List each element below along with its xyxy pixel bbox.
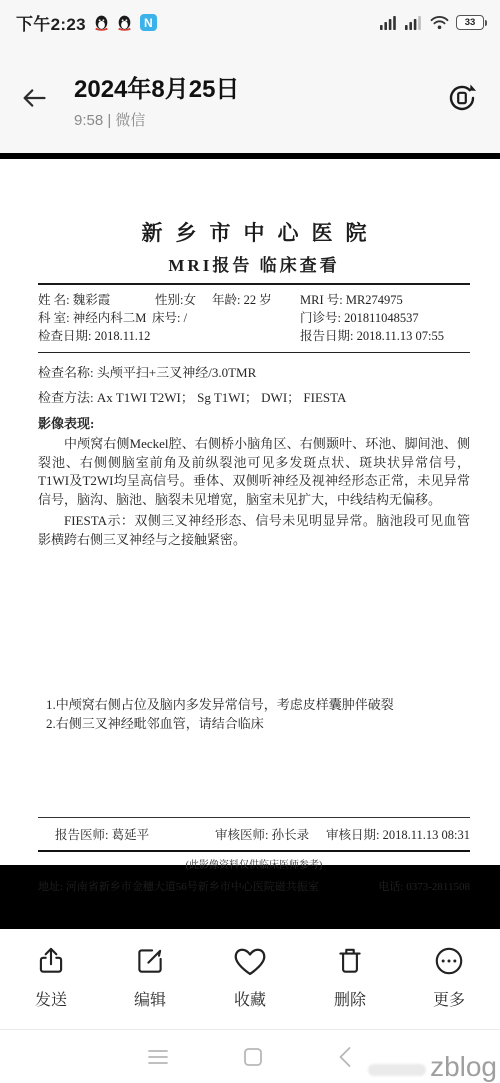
report-title: MRI报告 临床查看	[38, 251, 470, 276]
report-footer: 报告医师: 葛延平 审核医师: 孙长录 审核日期: 2018.11.13 08:…	[38, 817, 470, 894]
recents-button[interactable]	[147, 1048, 169, 1066]
exam-method-line: 检查方法: Ax T1WI T2WI； Sg T1WI； DWI； FIESTA	[38, 387, 470, 406]
more-label: 更多	[433, 987, 465, 1010]
signal-strength-icon	[380, 16, 398, 30]
mri-report-document: 新乡市中心医院 MRI报告 临床查看 姓 名: 魏彩霞 性别:女 年龄: 22 …	[0, 159, 500, 865]
battery-percent: 33	[465, 17, 476, 28]
gender-value: 女	[183, 293, 196, 307]
exam-date-label: 检查日期:	[38, 329, 91, 343]
exam-date-value: 2018.11.12	[95, 329, 151, 343]
signal-strength-icon-2	[405, 16, 423, 30]
mri-no-label: MRI 号:	[300, 293, 343, 307]
favorite-button[interactable]: 收藏	[232, 944, 268, 1029]
conclusions: 1.中颅窝右侧占位及脑内多发异常信号，考虑皮样囊肿伴破裂 2.右侧三叉神经毗邻血…	[38, 695, 470, 733]
report-doctor-value: 葛延平	[112, 828, 150, 842]
review-date-value: 2018.11.13 08:31	[383, 828, 470, 842]
action-bar: 发送 编辑 收藏 删除	[0, 929, 500, 1029]
home-button[interactable]	[243, 1047, 263, 1067]
photo-time-source: 9:58 | 微信	[74, 109, 444, 130]
qq-penguin-icon	[94, 15, 109, 31]
divider	[38, 850, 470, 852]
exam-method-value: Ax T1WI T2WI； Sg T1WI； DWI； FIESTA	[97, 390, 347, 405]
delete-button[interactable]: 删除	[333, 944, 367, 1029]
back-arrow-icon	[20, 84, 48, 112]
gender-label: 性别:	[155, 293, 183, 307]
nav-back-button[interactable]	[337, 1046, 353, 1068]
name-value: 魏彩霞	[73, 293, 111, 307]
n-app-notification-icon: N	[140, 14, 157, 31]
bed-no-value: /	[184, 311, 187, 325]
phone-label: 电话:	[378, 881, 403, 893]
favorite-label: 收藏	[234, 987, 266, 1010]
mri-no-value: MR274975	[346, 293, 403, 307]
watermark-text: zblog	[430, 1051, 497, 1083]
name-label: 姓 名:	[38, 293, 70, 307]
photo-view[interactable]: 新乡市中心医院 MRI报告 临床查看 姓 名: 魏彩霞 性别:女 年龄: 22 …	[0, 153, 500, 929]
outpatient-no-value: 201811048537	[344, 311, 419, 325]
review-date-label: 审核日期:	[326, 828, 379, 842]
share-icon	[34, 944, 68, 978]
address-value: 河南省新乡市金穗大道56号新乡市中心医院磁共振室	[66, 881, 319, 893]
clock-time: 下午2:23	[16, 10, 86, 35]
edit-button[interactable]: 编辑	[133, 944, 167, 1029]
patient-info-row-1: 姓 名: 魏彩霞 性别:女 年龄: 22 岁 MRI 号: MR274975	[38, 291, 470, 309]
review-doctor-label: 审核医师:	[215, 828, 268, 842]
report-doctor-label: 报告医师:	[55, 828, 108, 842]
qq-penguin-icon-2	[117, 15, 132, 31]
bed-no-label: 床号:	[152, 311, 180, 325]
findings-paragraph-1: 中颅窝右侧Meckel腔、右侧桥小脑角区、右侧颞叶、环池、脚间池、侧裂池、右侧侧…	[38, 435, 470, 509]
hospital-name: 新乡市中心医院	[38, 159, 470, 247]
trash-icon	[333, 944, 367, 978]
watermark-faded-logo	[368, 1064, 426, 1076]
heart-icon	[232, 944, 268, 978]
system-nav-bar: zblog	[0, 1029, 500, 1083]
status-bar: 下午2:23 N	[0, 0, 500, 45]
menu-icon	[147, 1048, 169, 1066]
wifi-icon	[430, 15, 449, 30]
back-button[interactable]	[20, 84, 48, 115]
address-label: 地址:	[38, 881, 63, 893]
review-doctor-value: 孙长录	[272, 828, 310, 842]
age-value: 22 岁	[244, 293, 272, 307]
chevron-left-icon	[337, 1046, 353, 1068]
photo-letterbox-bottom	[0, 865, 500, 929]
findings-text: 中颅窝右侧Meckel腔、右侧桥小脑角区、右侧颞叶、环池、脚间池、侧裂池、右侧侧…	[38, 435, 470, 549]
exam-name-label: 检查名称:	[38, 365, 94, 380]
department-value: 神经内科二M	[73, 311, 147, 325]
address-row: 地址: 河南省新乡市金穗大道56号新乡市中心医院磁共振室 电话: 0373-28…	[38, 878, 470, 894]
findings-heading: 影像表现:	[38, 413, 470, 432]
watermark: zblog	[368, 1051, 497, 1083]
exam-name-line: 检查名称: 头颅平扫+三叉神经/3.0TMR	[38, 362, 470, 381]
department-label: 科 室:	[38, 311, 70, 325]
report-date-label: 报告日期:	[300, 329, 353, 343]
edit-label: 编辑	[134, 987, 166, 1010]
send-button[interactable]: 发送	[34, 944, 68, 1029]
exam-method-label: 检查方法:	[38, 390, 94, 405]
divider	[38, 352, 470, 353]
patient-info-row-2: 科 室: 神经内科二M 床号: / 门诊号: 201811048537	[38, 309, 470, 327]
doctors-row: 报告医师: 葛延平 审核医师: 孙长录 审核日期: 2018.11.13 08:…	[38, 818, 470, 850]
rotate-button[interactable]	[444, 80, 480, 119]
outpatient-no-label: 门诊号:	[300, 311, 341, 325]
conclusion-item-1: 1.中颅窝右侧占位及脑内多发异常信号，考虑皮样囊肿伴破裂	[46, 695, 470, 714]
conclusion-item-2: 2.右侧三叉神经毗邻血管，请结合临床	[46, 714, 470, 733]
delete-label: 删除	[334, 987, 366, 1010]
age-label: 年龄:	[212, 293, 240, 307]
photo-date-title: 2024年8月25日	[74, 69, 444, 104]
gallery-header: 2024年8月25日 9:58 | 微信	[0, 45, 500, 153]
more-button[interactable]: 更多	[432, 944, 466, 1029]
phone-screen: 下午2:23 N	[0, 0, 500, 1083]
send-label: 发送	[35, 987, 67, 1010]
battery-icon: 33	[456, 15, 484, 30]
report-date-value: 2018.11.13 07:55	[357, 329, 444, 343]
exam-name-value: 头颅平扫+三叉神经/3.0TMR	[97, 365, 256, 380]
home-square-icon	[243, 1047, 263, 1067]
findings-paragraph-2: FIESTA示：双侧三叉神经形态、信号未见明显异常。脑池段可见血管影横跨右侧三叉…	[38, 512, 470, 549]
phone-value: 0373-2811508	[406, 881, 470, 893]
rotate-icon	[444, 80, 480, 116]
edit-icon	[133, 944, 167, 978]
more-icon	[432, 944, 466, 978]
patient-info-row-3: 检查日期: 2018.11.12 报告日期: 2018.11.13 07:55	[38, 327, 470, 345]
patient-info: 姓 名: 魏彩霞 性别:女 年龄: 22 岁 MRI 号: MR274975 科…	[38, 285, 470, 352]
